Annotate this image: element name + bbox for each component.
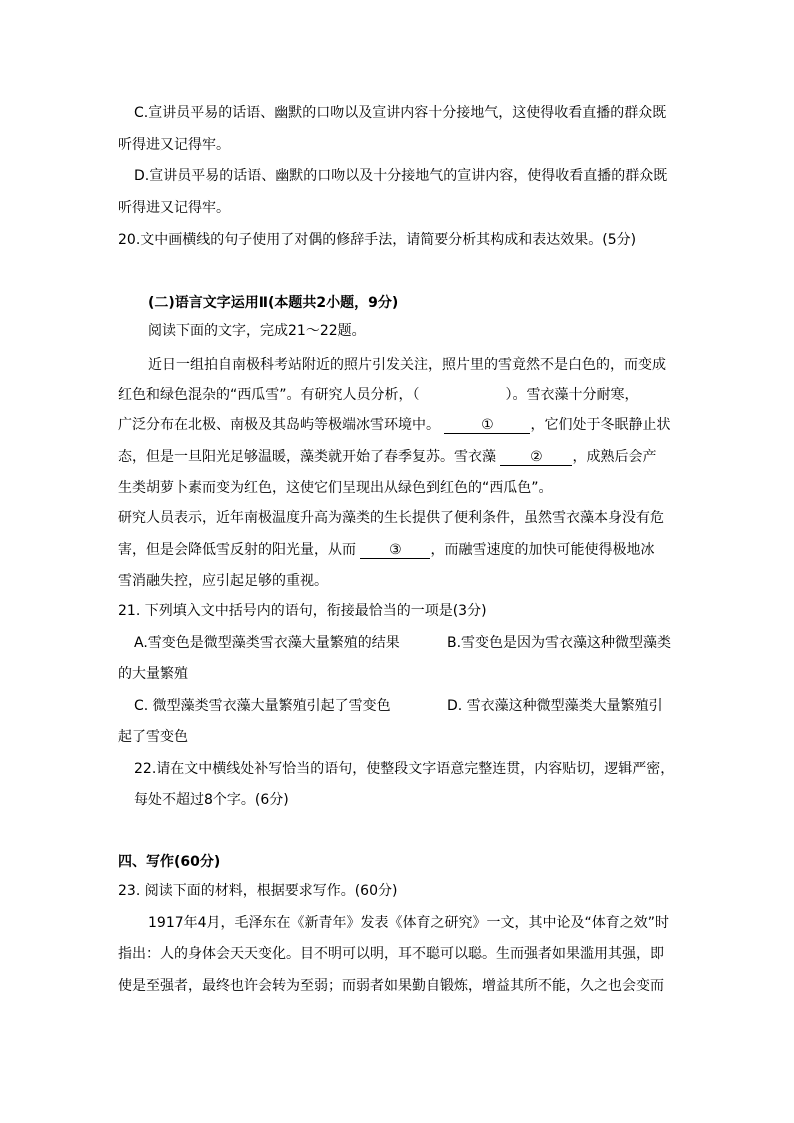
passage-line-8: 雪消融失控，应引起足够的重视。 — [118, 572, 328, 590]
question-22-line1: 22.请在文中横线处补写恰当的语句，使整段文字语意完整连贯，内容贴切，逻辑严密， — [134, 760, 674, 778]
passage-line-7-start: 害，但是会降低雪反射的阳光量，从而 — [118, 542, 356, 558]
q21-option-b-line1: B.雪变色是因为雪衣藻这种微型藻类 — [447, 634, 671, 652]
q19-option-d-line1: D.宣讲员平易的话语、幽默的口吻以及十分接地气的宣讲内容，使得收看直播的群众既 — [134, 167, 667, 185]
section-4-heading: 四、写作(60分) — [118, 853, 220, 871]
passage-line-3-start: 广泛分布在北极、南极及其岛屿等极端冰雪环境中。 — [118, 417, 440, 433]
q19-option-c-line1: C.宣讲员平易的话语、幽默的口吻以及宣讲内容十分接地气，这使得收看直播的群众既 — [134, 104, 666, 122]
q19-option-c-line2: 听得进又记得牢。 — [118, 136, 230, 154]
section-2-instruction: 阅读下面的文字，完成21～22题。 — [148, 322, 366, 340]
question-20: 20.文中画横线的句子使用了对偶的修辞手法，请简要分析其构成和表达效果。(5分) — [118, 231, 636, 249]
passage-line-2-start: 红色和绿色混杂的“西瓜雪”。有研究人员分析，（ — [118, 387, 420, 403]
section-2-heading: (二)语言文字运用Ⅱ(本题共2小题，9分) — [148, 294, 398, 312]
passage-line-6: 研究人员表示，近年南极温度升高为藻类的生长提供了便利条件，虽然雪衣藻本身没有危 — [118, 509, 664, 527]
material-line-3: 使是至强者，最终也许会转为至弱；而弱者如果勤自锻炼，增益其所不能，久之也会变而 — [118, 977, 664, 995]
q21-option-b-line2: 的大量繁殖 — [118, 665, 188, 683]
question-21-stem: 21. 下列填入文中括号内的语句，衔接最恰当的一项是(3分) — [118, 602, 487, 620]
passage-line-7-end: ，而融雪速度的加快可能使得极地冰 — [430, 542, 654, 558]
passage-line-4-start: 态，但是一旦阳光足够温暖，藻类就开始了春季复苏。雪衣藻 — [118, 449, 496, 465]
passage-line-3-end: ，它们处于冬眠静止状 — [530, 417, 670, 433]
q21-option-c: C. 微型藻类雪衣藻大量繁殖引起了雪变色 — [134, 697, 391, 715]
q21-option-d-line1: D. 雪衣藻这种微型藻类大量繁殖引 — [447, 697, 663, 715]
passage-line-1: 近日一组拍自南极科考站附近的照片引发关注，照片里的雪竟然不是白色的，而变成 — [148, 356, 666, 374]
q19-option-d-line2: 听得进又记得牢。 — [118, 199, 230, 217]
passage-line-2-end: ）。雪衣藻十分耐寒， — [506, 387, 639, 403]
q21-option-d-line2: 起了雪变色 — [118, 728, 188, 746]
question-23: 23. 阅读下面的材料，根据要求写作。(60分) — [118, 882, 397, 900]
material-line-1: 1917年4月，毛泽东在《新青年》发表《体育之研究》一文，其中论及“体育之效”时 — [148, 914, 669, 932]
document-page: C.宣讲员平易的话语、幽默的口吻以及宣讲内容十分接地气，这使得收看直播的群众既 … — [0, 0, 794, 1123]
question-22-line2: 每处不超过8个字。(6分) — [134, 791, 289, 809]
material-line-2: 指出：人的身体会天天变化。目不明可以明，耳不聪可以聪。生而强者如果滥用其强，即 — [118, 945, 664, 963]
passage-line-5: 生类胡萝卜素而变为红色，这使它们呈现出从绿色到红色的“西瓜色”。 — [118, 479, 553, 497]
blank-2: ② — [500, 449, 572, 466]
blank-3: ③ — [360, 542, 430, 559]
blank-1: ① — [444, 417, 530, 434]
passage-line-2: 红色和绿色混杂的“西瓜雪”。有研究人员分析，（）。雪衣藻十分耐寒， — [118, 386, 639, 404]
q21-option-a: A.雪变色是微型藻类雪衣藻大量繁殖的结果 — [134, 634, 400, 652]
passage-line-7: 害，但是会降低雪反射的阳光量，从而 ③，而融雪速度的加快可能使得极地冰 — [118, 541, 654, 559]
passage-line-4-end: ，成熟后会产 — [572, 449, 656, 465]
passage-line-3: 广泛分布在北极、南极及其岛屿等极端冰雪环境中。 ①，它们处于冬眠静止状 — [118, 416, 670, 434]
passage-line-4: 态，但是一旦阳光足够温暖，藻类就开始了春季复苏。雪衣藻 ②，成熟后会产 — [118, 448, 656, 466]
